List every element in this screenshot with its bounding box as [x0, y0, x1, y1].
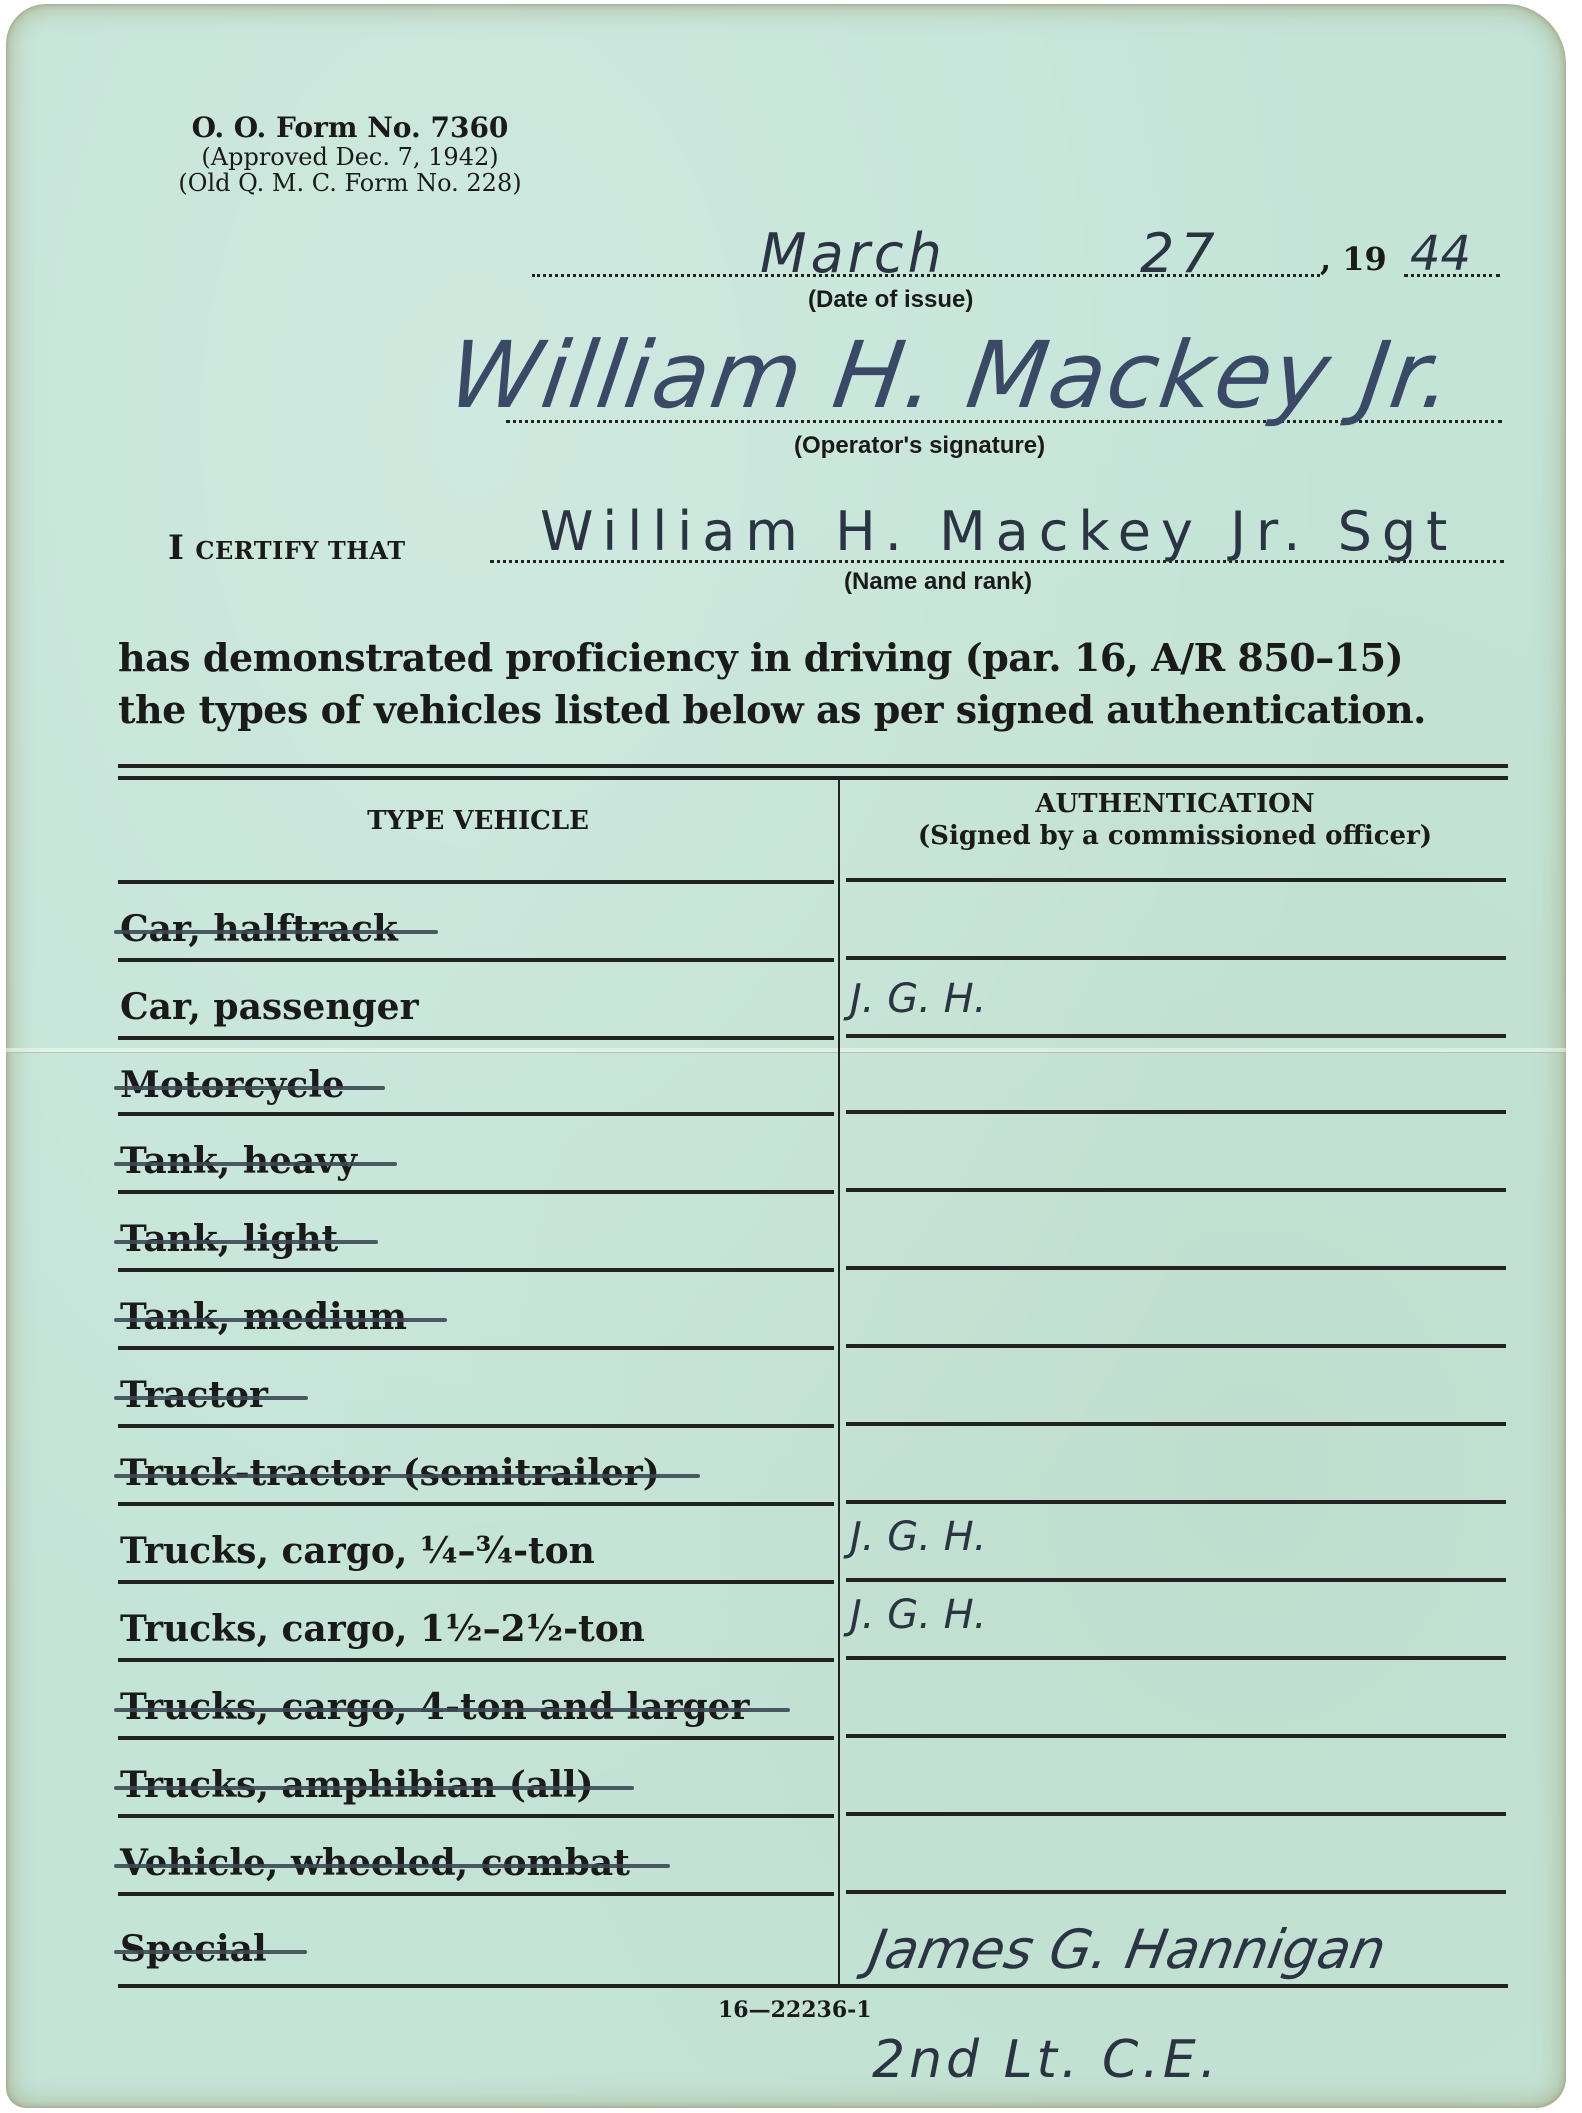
header-rule-left: [118, 880, 834, 884]
row-rule: [118, 958, 834, 962]
vehicle-row-vehicle-wheeled-combat: Vehicle, wheeled, combat: [120, 1842, 630, 1884]
row-rule: [846, 1890, 1506, 1894]
date-year-prefix: , 19: [1320, 240, 1387, 278]
row-rule: [118, 1346, 834, 1350]
row-rule: [846, 1812, 1506, 1816]
row-rule: [846, 1188, 1506, 1192]
form-approved-date: (Approved Dec. 7, 1942): [120, 144, 580, 170]
fold-crease: [6, 1048, 1566, 1053]
date-of-issue-label: (Date of issue): [808, 286, 973, 314]
row-rule: [846, 1422, 1506, 1426]
row-rule: [118, 1036, 834, 1040]
row-rule: [846, 1344, 1506, 1348]
row-rule: [846, 1034, 1506, 1038]
paragraph-line-1: has demonstrated proficiency in driving …: [118, 632, 1518, 684]
date-day: 27: [1140, 222, 1221, 285]
form-print-code: 16—22236-1: [718, 1997, 872, 2023]
vehicle-row-trucks-cargo-quarter-ton: Trucks, cargo, ¼–¾-ton: [120, 1530, 595, 1572]
row-rule: [118, 1736, 834, 1740]
header-authentication-title: AUTHENTICATION: [842, 788, 1508, 820]
officer-signature: James G. Hannigan: [864, 1918, 1390, 1981]
header-authentication: AUTHENTICATION (Signed by a commissioned…: [842, 788, 1508, 852]
row-rule: [846, 1734, 1506, 1738]
form-title: O. O. Form No. 7360: [120, 112, 580, 144]
date-year-line: [1404, 274, 1500, 277]
vehicle-row-car-halftrack: Car, halftrack: [120, 908, 398, 950]
authentication-initials: J. G. H.: [850, 976, 986, 1022]
table-top-rule: [118, 764, 1508, 780]
vehicle-row-truck-tractor: Truck-tractor (semitrailer): [120, 1452, 660, 1494]
operator-signature-label: (Operator's signature): [794, 432, 1045, 460]
vehicle-row-tank-medium: Tank, medium: [120, 1296, 407, 1338]
row-rule: [118, 1814, 834, 1818]
row-rule: [118, 1268, 834, 1272]
row-rule: [118, 1658, 834, 1662]
row-rule: [118, 1502, 834, 1506]
form-number-block: O. O. Form No. 7360 (Approved Dec. 7, 19…: [120, 112, 580, 196]
row-rule: [118, 1424, 834, 1428]
authentication-initials: J. G. H.: [850, 1592, 986, 1638]
header-authentication-sub: (Signed by a commissioned officer): [842, 820, 1508, 852]
certification-paragraph: has demonstrated proficiency in driving …: [118, 632, 1518, 736]
vehicle-row-car-passenger: Car, passenger: [120, 986, 419, 1028]
vehicle-row-trucks-cargo-4-ton: Trucks, cargo, 4-ton and larger: [120, 1686, 750, 1728]
table-column-divider: [838, 778, 840, 1984]
vehicle-row-tank-heavy: Tank, heavy: [120, 1140, 357, 1182]
vehicle-row-tank-light: Tank, light: [120, 1218, 338, 1260]
authentication-initials: J. G. H.: [850, 1514, 986, 1560]
row-rule: [118, 1190, 834, 1194]
row-rule: [846, 1656, 1506, 1660]
row-rule: [846, 1266, 1506, 1270]
header-type-vehicle: TYPE VEHICLE: [118, 806, 838, 836]
name-rank-label: (Name and rank): [844, 568, 1032, 596]
header-rule-right: [846, 878, 1506, 882]
certify-prefix: I CERTIFY THAT: [168, 528, 406, 568]
certify-initial: I: [168, 528, 184, 568]
date-month: March: [760, 222, 946, 285]
vehicle-row-tractor: Tractor: [120, 1374, 268, 1416]
vehicle-row-trucks-amphibian: Trucks, amphibian (all): [120, 1764, 594, 1806]
row-rule: [846, 1578, 1506, 1582]
form-old-number: (Old Q. M. C. Form No. 228): [120, 170, 580, 196]
table-bottom-rule: [118, 1984, 1508, 1988]
row-rule: [846, 956, 1506, 960]
operator-signature: William H. Mackey Jr.: [442, 322, 1461, 429]
vehicle-row-trucks-cargo-1-5-ton: Trucks, cargo, 1½–2½-ton: [120, 1608, 645, 1650]
paragraph-line-2: the types of vehicles listed below as pe…: [118, 684, 1518, 736]
row-rule: [118, 1112, 834, 1116]
row-rule: [118, 1892, 834, 1896]
row-rule: [846, 1110, 1506, 1114]
vehicle-row-motorcycle: Motorcycle: [120, 1064, 345, 1106]
vehicle-row-special: Special: [120, 1928, 267, 1970]
name-rank-value: William H. Mackey Jr. Sgt: [540, 500, 1457, 563]
officer-rank: 2nd Lt. C.E.: [872, 2030, 1220, 2090]
row-rule: [118, 1580, 834, 1584]
row-rule: [846, 1500, 1506, 1504]
certify-text: CERTIFY THAT: [195, 536, 405, 565]
